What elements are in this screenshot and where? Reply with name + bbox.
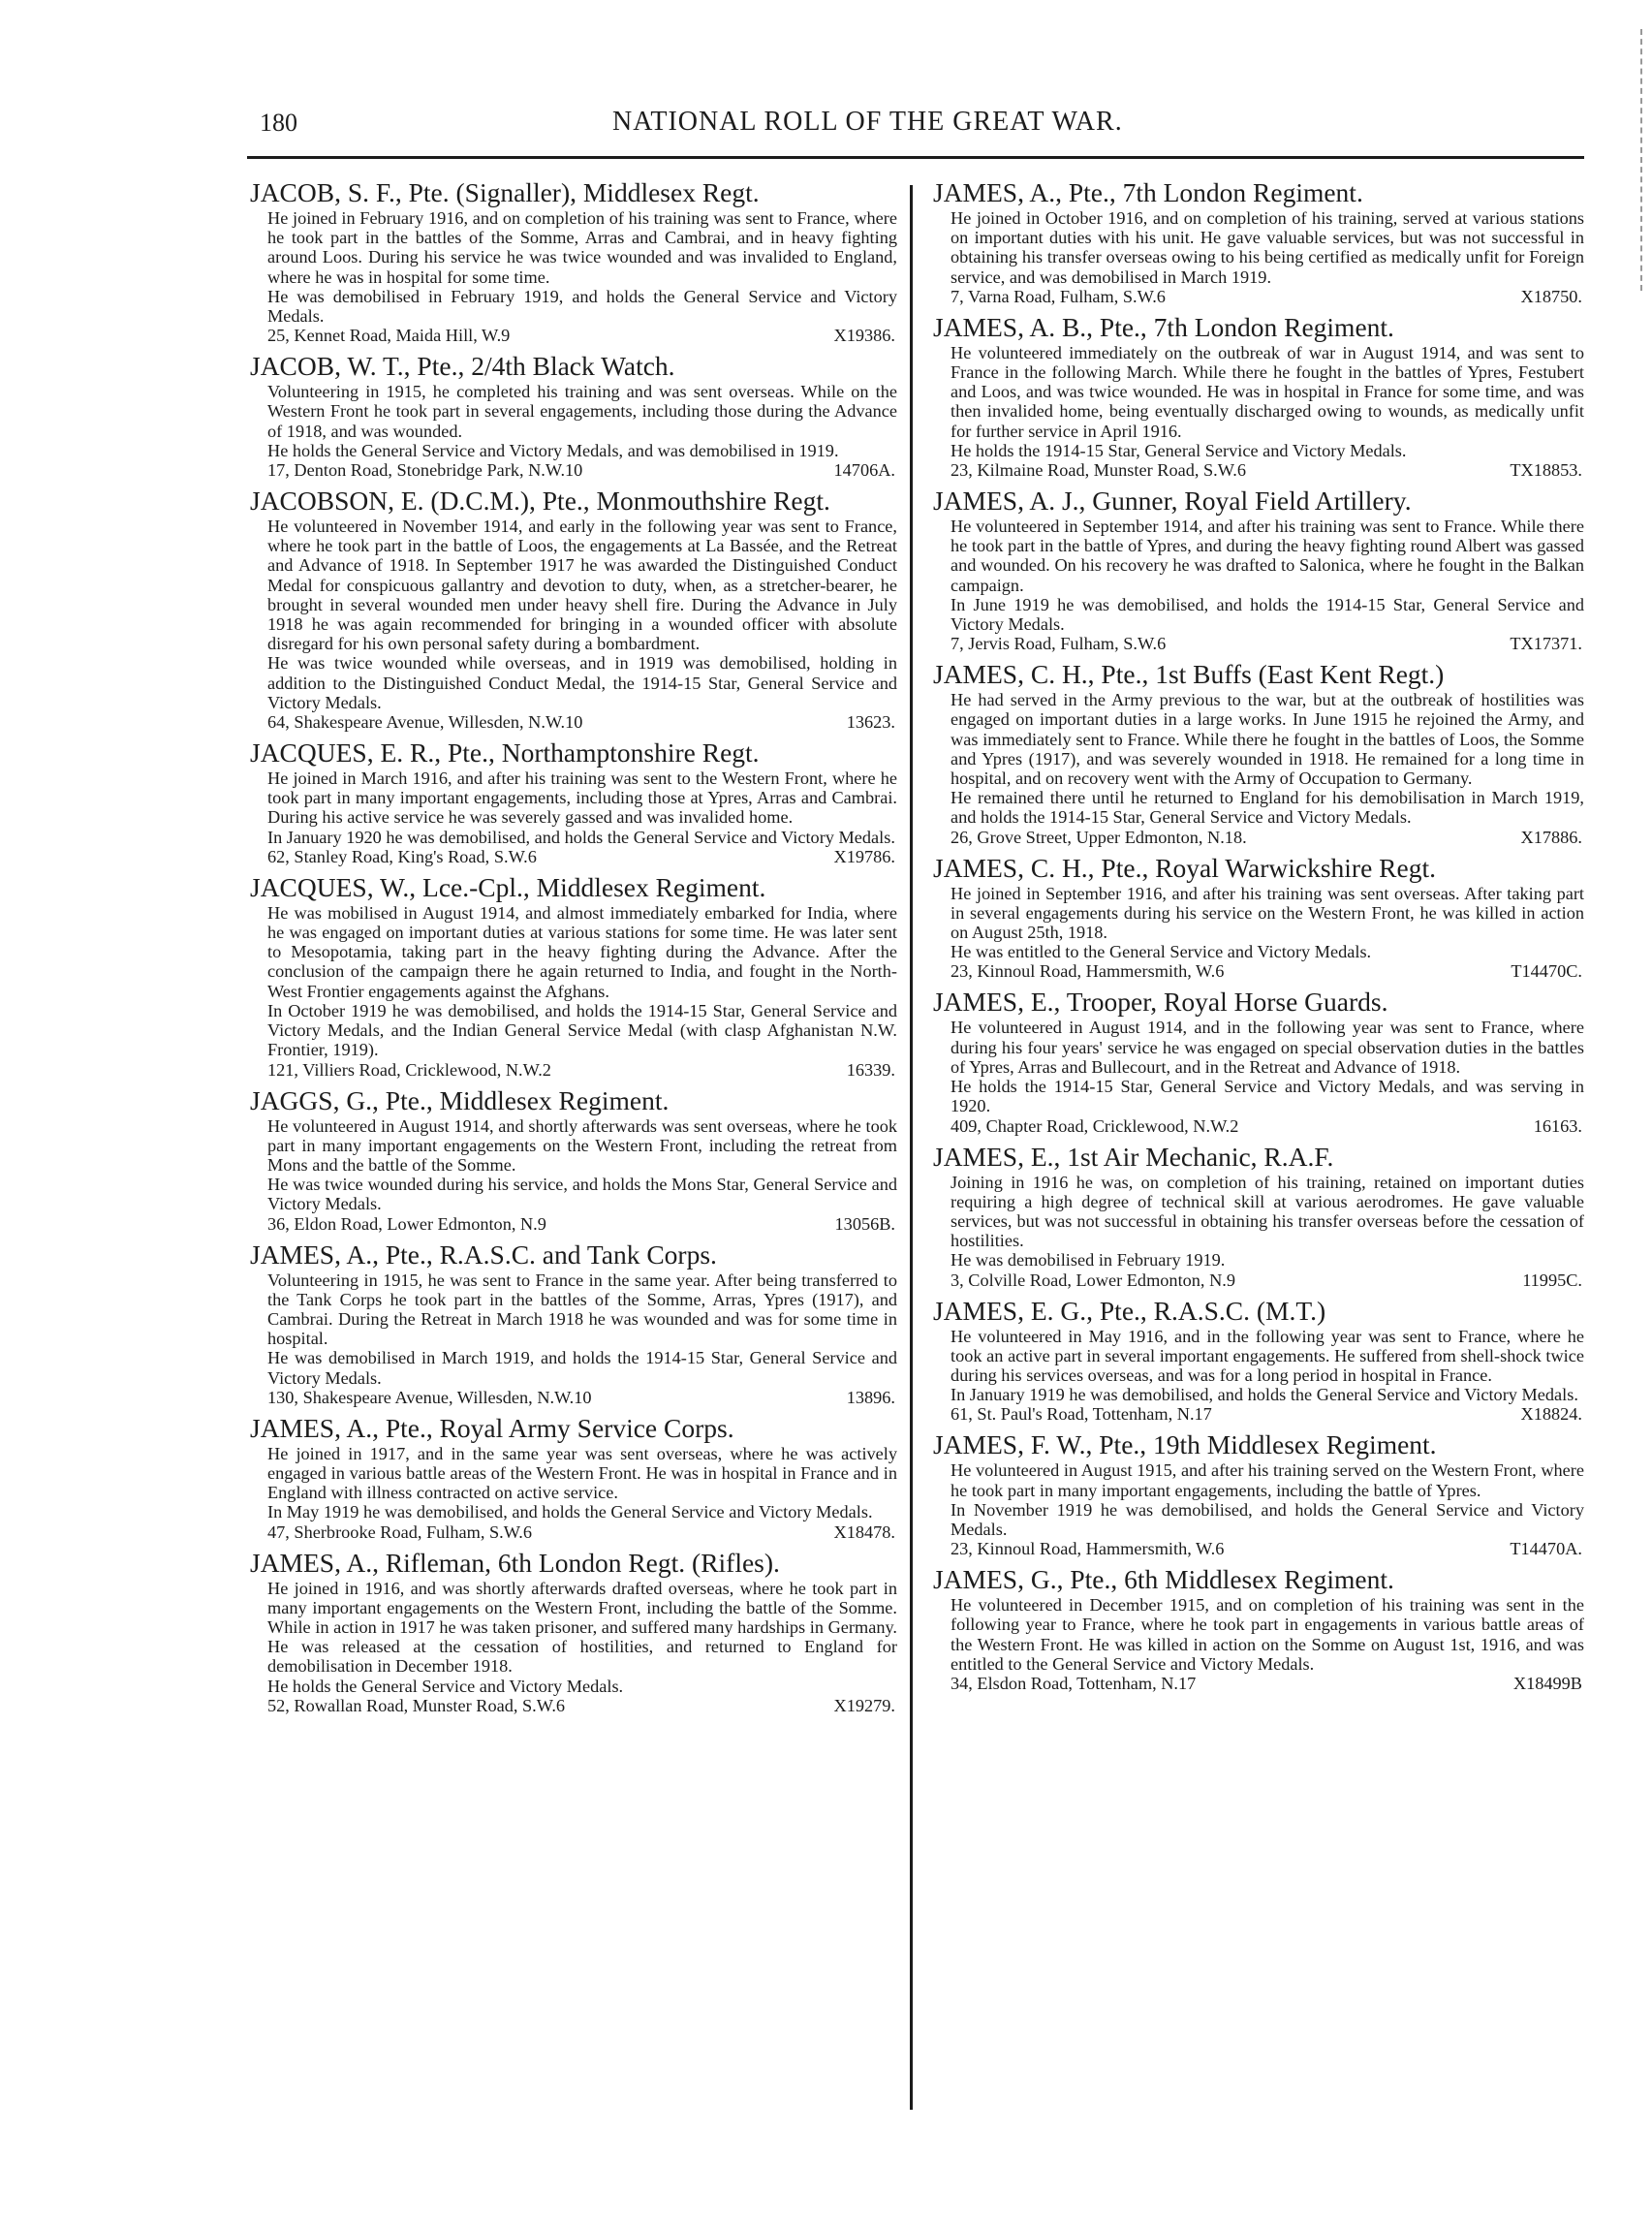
- entry-paragraph: He volunteered in August 1914, and short…: [267, 1116, 897, 1176]
- entry-body: He volunteered in December 1915, and on …: [951, 1595, 1584, 1674]
- entry-body: He had served in the Army previous to th…: [951, 690, 1584, 827]
- entry-body: He joined in October 1916, and on comple…: [951, 208, 1584, 287]
- entry-paragraph: He had served in the Army previous to th…: [951, 690, 1584, 788]
- entry-address: 3, Colville Road, Lower Edmonton, N.9: [951, 1270, 1235, 1291]
- page-number: 180: [260, 109, 297, 138]
- entry-reference-number: 14706A.: [834, 460, 897, 481]
- entry-heading: JACQUES, W., Lce.-Cpl., Middlesex Regime…: [250, 873, 897, 902]
- entry-address: 23, Kinnoul Road, Hammersmith, W.6: [951, 1539, 1224, 1559]
- entry-footer: 7, Varna Road, Fulham, S.W.6 X18750.: [951, 287, 1584, 307]
- column-divider: [910, 185, 913, 2110]
- entry-paragraph: He holds the General Service and Victory…: [267, 441, 897, 460]
- roll-entry: JAMES, E. G., Pte., R.A.S.C. (M.T.) He v…: [933, 1297, 1584, 1426]
- roll-entry: JACQUES, E. R., Pte., Northamptonshire R…: [250, 738, 897, 867]
- entry-paragraph: He was twice wounded during his service,…: [267, 1175, 897, 1213]
- roll-entry: JACOBSON, E. (D.C.M.), Pte., Monmouthshi…: [250, 486, 897, 733]
- entry-footer: 23, Kinnoul Road, Hammersmith, W.6 T1447…: [951, 1539, 1584, 1559]
- entry-reference-number: X18750.: [1521, 287, 1584, 307]
- roll-entry: JAMES, F. W., Pte., 19th Middlesex Regim…: [933, 1430, 1584, 1559]
- roll-entry: JAMES, A., Pte., 7th London Regiment. He…: [933, 178, 1584, 307]
- entry-footer: 409, Chapter Road, Cricklewood, N.W.2 16…: [951, 1116, 1584, 1137]
- roll-entry: JAMES, C. H., Pte., Royal Warwickshire R…: [933, 854, 1584, 983]
- entry-reference-number: X17886.: [1521, 828, 1584, 848]
- entry-heading: JACOBSON, E. (D.C.M.), Pte., Monmouthshi…: [250, 486, 897, 516]
- entry-paragraph: Volunteering in 1915, he completed his t…: [267, 382, 897, 441]
- entry-reference-number: X18499B: [1513, 1674, 1584, 1694]
- entry-footer: 61, St. Paul's Road, Tottenham, N.17 X18…: [951, 1404, 1584, 1425]
- entry-paragraph: Joining in 1916 he was, on completion of…: [951, 1173, 1584, 1251]
- entry-reference-number: 13896.: [847, 1388, 897, 1408]
- entry-heading: JAMES, A., Rifleman, 6th London Regt. (R…: [250, 1549, 897, 1578]
- entry-address: 47, Sherbrooke Road, Fulham, S.W.6: [267, 1522, 532, 1543]
- entry-paragraph: He volunteered in September 1914, and af…: [951, 517, 1584, 595]
- entry-paragraph: He volunteered in August 1914, and in th…: [951, 1018, 1584, 1077]
- entry-paragraph: In May 1919 he was demobilised, and hold…: [267, 1502, 897, 1521]
- entry-address: 64, Shakespeare Avenue, Willesden, N.W.1…: [267, 712, 582, 733]
- entry-paragraph: He joined in 1917, and in the same year …: [267, 1444, 897, 1503]
- entry-heading: JAMES, E., 1st Air Mechanic, R.A.F.: [933, 1143, 1584, 1172]
- entry-reference-number: X19786.: [834, 847, 897, 867]
- entry-paragraph: In January 1919 he was demobilised, and …: [951, 1385, 1584, 1404]
- entry-paragraph: He joined in October 1916, and on comple…: [951, 208, 1584, 287]
- roll-entry: JAMES, A. B., Pte., 7th London Regiment.…: [933, 313, 1584, 481]
- entry-heading: JAMES, E., Trooper, Royal Horse Guards.: [933, 988, 1584, 1017]
- roll-entry: JACQUES, W., Lce.-Cpl., Middlesex Regime…: [250, 873, 897, 1081]
- entry-heading: JACOB, S. F., Pte. (Signaller), Middlese…: [250, 178, 897, 207]
- roll-entry: JAMES, G., Pte., 6th Middlesex Regiment.…: [933, 1565, 1584, 1694]
- entry-paragraph: He holds the 1914-15 Star, General Servi…: [951, 1077, 1584, 1115]
- entry-footer: 3, Colville Road, Lower Edmonton, N.9 11…: [951, 1270, 1584, 1291]
- entry-address: 409, Chapter Road, Cricklewood, N.W.2: [951, 1116, 1238, 1137]
- entry-paragraph: He volunteered in August 1915, and after…: [951, 1460, 1584, 1499]
- running-title: NATIONAL ROLL OF THE GREAT WAR.: [612, 107, 1123, 138]
- entry-body: He volunteered immediately on the outbre…: [951, 343, 1584, 460]
- right-column: JAMES, A., Pte., 7th London Regiment. He…: [933, 178, 1584, 1700]
- entry-heading: JAMES, A., Pte., Royal Army Service Corp…: [250, 1414, 897, 1443]
- entry-footer: 34, Elsdon Road, Tottenham, N.17 X18499B: [951, 1674, 1584, 1694]
- entry-reference-number: 16163.: [1534, 1116, 1584, 1137]
- entry-paragraph: He volunteered in November 1914, and ear…: [267, 517, 897, 653]
- roll-entry: JAMES, E., Trooper, Royal Horse Guards. …: [933, 988, 1584, 1136]
- entry-heading: JAGGS, G., Pte., Middlesex Regiment.: [250, 1086, 897, 1115]
- entry-heading: JAMES, A., Pte., 7th London Regiment.: [933, 178, 1584, 207]
- entry-reference-number: X18478.: [834, 1522, 897, 1543]
- entry-paragraph: He remained there until he returned to E…: [951, 788, 1584, 827]
- entry-address: 52, Rowallan Road, Munster Road, S.W.6: [267, 1696, 565, 1716]
- entry-paragraph: He volunteered in May 1916, and in the f…: [951, 1327, 1584, 1386]
- entry-paragraph: He joined in September 1916, and after h…: [951, 884, 1584, 943]
- entry-heading: JAMES, A. B., Pte., 7th London Regiment.: [933, 313, 1584, 342]
- entry-body: He was mobilised in August 1914, and alm…: [267, 903, 897, 1060]
- entry-paragraph: He was mobilised in August 1914, and alm…: [267, 903, 897, 1001]
- entry-body: He volunteered in August 1915, and after…: [951, 1460, 1584, 1539]
- entry-footer: 130, Shakespeare Avenue, Willesden, N.W.…: [267, 1388, 897, 1408]
- entry-paragraph: He was demobilised in February 1919, and…: [267, 287, 897, 326]
- entry-paragraph: He holds the 1914-15 Star, General Servi…: [951, 441, 1584, 460]
- entry-reference-number: 11995C.: [1522, 1270, 1584, 1291]
- entry-address: 23, Kinnoul Road, Hammersmith, W.6: [951, 961, 1224, 982]
- roll-entry: JAMES, A., Pte., Royal Army Service Corp…: [250, 1414, 897, 1543]
- entry-body: Volunteering in 1915, he completed his t…: [267, 382, 897, 460]
- roll-entry: JAMES, A. J., Gunner, Royal Field Artill…: [933, 486, 1584, 654]
- entry-footer: 62, Stanley Road, King's Road, S.W.6 X19…: [267, 847, 897, 867]
- entry-body: He joined in 1917, and in the same year …: [267, 1444, 897, 1522]
- entry-paragraph: He was demobilised in February 1919.: [951, 1250, 1584, 1270]
- entry-footer: 17, Denton Road, Stonebridge Park, N.W.1…: [267, 460, 897, 481]
- entry-heading: JACQUES, E. R., Pte., Northamptonshire R…: [250, 738, 897, 768]
- entry-body: He joined in September 1916, and after h…: [951, 884, 1584, 962]
- entry-paragraph: He volunteered in December 1915, and on …: [951, 1595, 1584, 1674]
- header-rule: [247, 156, 1584, 159]
- entry-paragraph: In October 1919 he was demobilised, and …: [267, 1001, 897, 1060]
- entry-address: 17, Denton Road, Stonebridge Park, N.W.1…: [267, 460, 582, 481]
- roll-entry: JAMES, A., Pte., R.A.S.C. and Tank Corps…: [250, 1240, 897, 1408]
- roll-entry: JAMES, C. H., Pte., 1st Buffs (East Kent…: [933, 660, 1584, 847]
- entry-body: Joining in 1916 he was, on completion of…: [951, 1173, 1584, 1270]
- entry-body: He volunteered in November 1914, and ear…: [267, 517, 897, 712]
- entry-paragraph: He joined in March 1916, and after his t…: [267, 768, 897, 828]
- entry-paragraph: He joined in February 1916, and on compl…: [267, 208, 897, 287]
- entry-paragraph: In November 1919 he was demobilised, and…: [951, 1500, 1584, 1539]
- entry-reference-number: 13623.: [847, 712, 897, 733]
- scan-margin-marks: [1640, 29, 1644, 291]
- roll-entry: JACOB, S. F., Pte. (Signaller), Middlese…: [250, 178, 897, 346]
- entry-body: He joined in March 1916, and after his t…: [267, 768, 897, 847]
- entry-paragraph: He joined in 1916, and was shortly after…: [267, 1579, 897, 1677]
- entry-body: He volunteered in September 1914, and af…: [951, 517, 1584, 634]
- entry-body: Volunteering in 1915, he was sent to Fra…: [267, 1270, 897, 1388]
- entry-address: 7, Varna Road, Fulham, S.W.6: [951, 287, 1166, 307]
- entry-body: He joined in February 1916, and on compl…: [267, 208, 897, 326]
- entry-address: 62, Stanley Road, King's Road, S.W.6: [267, 847, 537, 867]
- entry-footer: 26, Grove Street, Upper Edmonton, N.18. …: [951, 828, 1584, 848]
- entry-paragraph: He was twice wounded while overseas, and…: [267, 653, 897, 712]
- entry-paragraph: He holds the General Service and Victory…: [267, 1677, 897, 1696]
- entry-address: 121, Villiers Road, Cricklewood, N.W.2: [267, 1060, 551, 1081]
- entry-reference-number: X18824.: [1521, 1404, 1584, 1425]
- entry-heading: JACOB, W. T., Pte., 2/4th Black Watch.: [250, 352, 897, 381]
- entry-reference-number: T14470A.: [1510, 1539, 1584, 1559]
- entry-body: He joined in 1916, and was shortly after…: [267, 1579, 897, 1696]
- entry-paragraph: Volunteering in 1915, he was sent to Fra…: [267, 1270, 897, 1349]
- entry-address: 34, Elsdon Road, Tottenham, N.17: [951, 1674, 1196, 1694]
- entry-reference-number: X19279.: [834, 1696, 897, 1716]
- entry-address: 36, Eldon Road, Lower Edmonton, N.9: [267, 1214, 546, 1235]
- entry-footer: 64, Shakespeare Avenue, Willesden, N.W.1…: [267, 712, 897, 733]
- entry-reference-number: 13056B.: [835, 1214, 897, 1235]
- entry-reference-number: X19386.: [834, 326, 897, 346]
- entry-heading: JAMES, G., Pte., 6th Middlesex Regiment.: [933, 1565, 1584, 1594]
- entry-footer: 25, Kennet Road, Maida Hill, W.9 X19386.: [267, 326, 897, 346]
- entry-paragraph: He was entitled to the General Service a…: [951, 942, 1584, 961]
- entry-footer: 121, Villiers Road, Cricklewood, N.W.2 1…: [267, 1060, 897, 1081]
- entry-paragraph: He was demobilised in March 1919, and ho…: [267, 1348, 897, 1387]
- left-column: JACOB, S. F., Pte. (Signaller), Middlese…: [250, 178, 897, 1722]
- roll-entry: JACOB, W. T., Pte., 2/4th Black Watch. V…: [250, 352, 897, 481]
- entry-address: 23, Kilmaine Road, Munster Road, S.W.6: [951, 460, 1246, 481]
- roll-entry: JAMES, E., 1st Air Mechanic, R.A.F. Join…: [933, 1143, 1584, 1291]
- entry-body: He volunteered in May 1916, and in the f…: [951, 1327, 1584, 1405]
- entry-paragraph: He volunteered immediately on the outbre…: [951, 343, 1584, 441]
- entry-address: 25, Kennet Road, Maida Hill, W.9: [267, 326, 510, 346]
- entry-footer: 36, Eldon Road, Lower Edmonton, N.9 1305…: [267, 1214, 897, 1235]
- entry-footer: 7, Jervis Road, Fulham, S.W.6 TX17371.: [951, 634, 1584, 654]
- entry-heading: JAMES, C. H., Pte., Royal Warwickshire R…: [933, 854, 1584, 883]
- entry-reference-number: TX18853.: [1510, 460, 1584, 481]
- entry-footer: 23, Kinnoul Road, Hammersmith, W.6 T1447…: [951, 961, 1584, 982]
- entry-address: 61, St. Paul's Road, Tottenham, N.17: [951, 1404, 1212, 1425]
- entry-heading: JAMES, C. H., Pte., 1st Buffs (East Kent…: [933, 660, 1584, 689]
- entry-reference-number: TX17371.: [1510, 634, 1584, 654]
- entry-heading: JAMES, F. W., Pte., 19th Middlesex Regim…: [933, 1430, 1584, 1459]
- entry-heading: JAMES, A. J., Gunner, Royal Field Artill…: [933, 486, 1584, 516]
- roll-entry: JAGGS, G., Pte., Middlesex Regiment. He …: [250, 1086, 897, 1235]
- entry-address: 7, Jervis Road, Fulham, S.W.6: [951, 634, 1166, 654]
- entry-footer: 52, Rowallan Road, Munster Road, S.W.6 X…: [267, 1696, 897, 1716]
- entry-paragraph: In June 1919 he was demobilised, and hol…: [951, 595, 1584, 634]
- entry-reference-number: 16339.: [847, 1060, 897, 1081]
- roll-entry: JAMES, A., Rifleman, 6th London Regt. (R…: [250, 1549, 897, 1716]
- entry-paragraph: In January 1920 he was demobilised, and …: [267, 828, 897, 847]
- entry-footer: 47, Sherbrooke Road, Fulham, S.W.6 X1847…: [267, 1522, 897, 1543]
- entry-address: 26, Grove Street, Upper Edmonton, N.18.: [951, 828, 1247, 848]
- entry-heading: JAMES, A., Pte., R.A.S.C. and Tank Corps…: [250, 1240, 897, 1270]
- entry-reference-number: T14470C.: [1511, 961, 1584, 982]
- entry-heading: JAMES, E. G., Pte., R.A.S.C. (M.T.): [933, 1297, 1584, 1326]
- entry-body: He volunteered in August 1914, and short…: [267, 1116, 897, 1214]
- entry-body: He volunteered in August 1914, and in th…: [951, 1018, 1584, 1115]
- entry-footer: 23, Kilmaine Road, Munster Road, S.W.6 T…: [951, 460, 1584, 481]
- entry-address: 130, Shakespeare Avenue, Willesden, N.W.…: [267, 1388, 592, 1408]
